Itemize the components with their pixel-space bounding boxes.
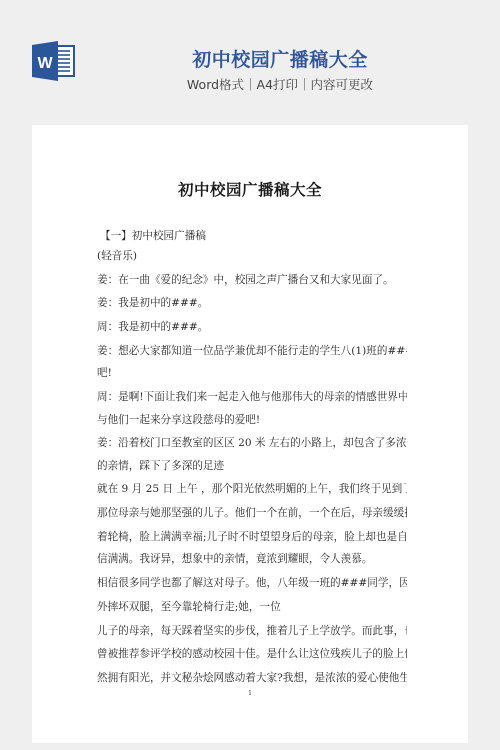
paragraph-line: 着轮椅，脸上满满幸福;儿子时不时望望身后的母亲，脸上却也是自: [97, 530, 407, 544]
paragraph-line: 信满满。我讶异，想象中的亲情，竟浓到耀眼，令人羡慕。: [97, 552, 407, 566]
paragraph-line: 周：我是初中的###。: [97, 320, 407, 334]
header-subtitle: Word格式｜A4打印｜内容可更改: [150, 75, 410, 93]
paragraph-line: 姜：想必大家都知道一位品学兼优却不能行走的学生八(1)班的###: [97, 344, 407, 358]
paragraph-line: 曾被推荐参评学校的感动校园十佳。是什么让这位残疾儿子的脸上依: [97, 647, 407, 661]
paragraph-line: 与他们一起来分享这段慈母的爱吧!: [97, 413, 407, 427]
svg-text:W: W: [37, 55, 53, 72]
paragraph-line: (轻音乐): [97, 249, 407, 263]
page-number: 1: [32, 690, 468, 697]
paragraph-line: 相信很多同学也都了解这对母子。他，八年级一班的###同学，因意: [97, 576, 407, 590]
paragraph-line: 吧!: [97, 366, 407, 380]
paragraph-line: 儿子的母亲，每天踩着坚实的步伐，推着儿子上学放学。而此事，也: [97, 624, 407, 638]
paragraph-line: 的亲情，踩下了多深的足迹: [97, 459, 407, 473]
paragraph-line: 姜：我是初中的###。: [97, 296, 407, 310]
header-title: 初中校园广播稿大全: [150, 45, 410, 72]
header-banner: W 初中校园广播稿大全 Word格式｜A4打印｜内容可更改: [0, 0, 500, 115]
paragraph-line: 就在 9 月 25 日 上午 ，那个阳光依然明媚的上午，我们终于见到了: [97, 482, 407, 496]
word-document-icon: W: [31, 40, 77, 82]
paragraph-line: 然拥有阳光，并文秘杂烩网感动着大家?我想，是浓浓的爱心使他生: [97, 671, 407, 685]
paragraph-line: 外摔坏双腿，至今靠轮椅行走;她，一位: [97, 600, 407, 614]
paragraph-line: 那位母亲与她那坚强的儿子。他们一个在前，一个在后，母亲缓缓推: [97, 506, 407, 520]
paragraph-line: 姜：在一曲《爱的纪念》中，校园之声广播台又和大家见面了。: [97, 273, 407, 287]
section-heading: 【一】初中校园广播稿: [100, 229, 410, 243]
document-page: 初中校园广播稿大全 【一】初中校园广播稿 (轻音乐) 姜：在一曲《爱的纪念》中，…: [32, 125, 468, 743]
paragraph-line: 姜：沿着校门口至教室的区区 20 米 左右的小路上，却包含了多浓: [97, 436, 407, 450]
paragraph-line: 周：是啊!下面让我们来一起走入他与他那伟大的母亲的情感世界中，: [97, 390, 407, 404]
document-title: 初中校园广播稿大全: [32, 178, 468, 200]
